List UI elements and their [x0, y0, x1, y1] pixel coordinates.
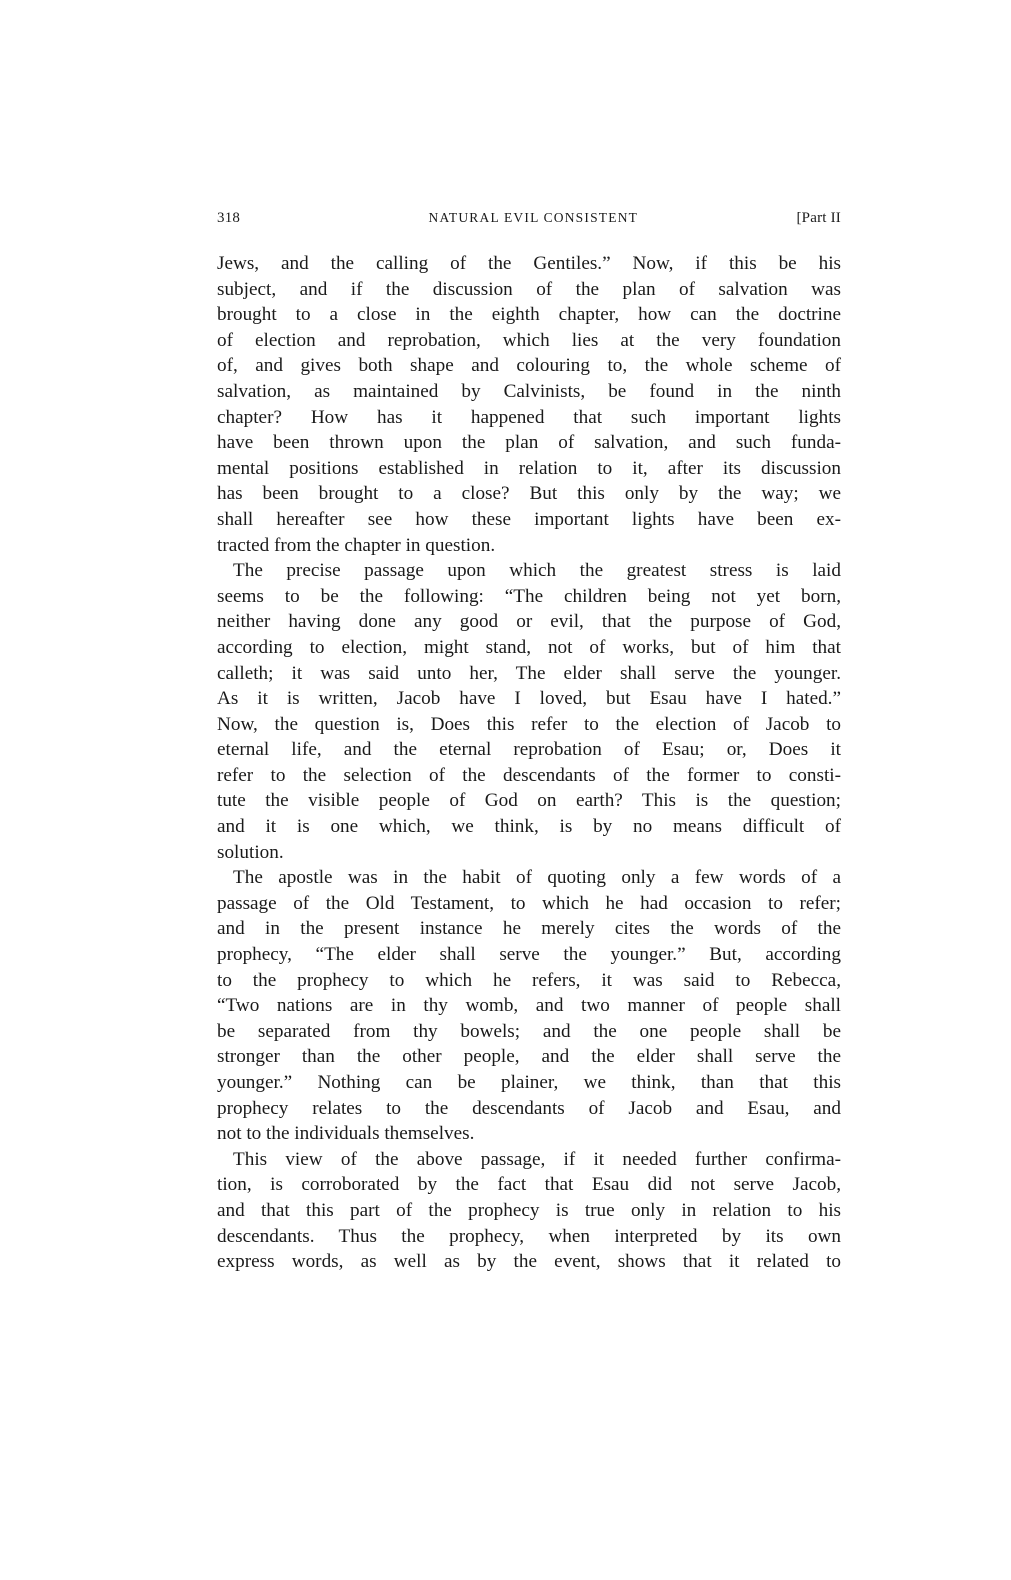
section-label: [Part II — [796, 210, 841, 227]
text-line: brought to a close in the eighth chapter… — [217, 302, 841, 328]
text-line: according to election, might stand, not … — [217, 635, 841, 661]
text-line: of, and gives both shape and colouring t… — [217, 353, 841, 379]
paragraph: This view of the above passage, if it ne… — [217, 1147, 841, 1275]
text-line: mental positions established in relation… — [217, 456, 841, 482]
text-line: prophecy relates to the descendants of J… — [217, 1096, 841, 1122]
text-line: This view of the above passage, if it ne… — [217, 1147, 841, 1173]
text-line: chapter? How has it happened that such i… — [217, 405, 841, 431]
text-line: stronger than the other people, and the … — [217, 1044, 841, 1070]
text-line: tracted from the chapter in question. — [217, 533, 841, 559]
text-line: tion, is corroborated by the fact that E… — [217, 1172, 841, 1198]
text-line: refer to the selection of the descendant… — [217, 763, 841, 789]
paragraph: The precise passage upon which the great… — [217, 558, 841, 865]
running-title: NATURAL EVIL CONSISTENT — [399, 210, 639, 226]
text-line: seems to be the following: “The children… — [217, 584, 841, 610]
text-line: neither having done any good or evil, th… — [217, 609, 841, 635]
text-line: passage of the Old Testament, to which h… — [217, 891, 841, 917]
text-line: Jews, and the calling of the Gentiles.” … — [217, 251, 841, 277]
text-line: descendants. Thus the prophecy, when int… — [217, 1224, 841, 1250]
text-line: As it is written, Jacob have I loved, bu… — [217, 686, 841, 712]
paragraph: Jews, and the calling of the Gentiles.” … — [217, 251, 841, 558]
text-line: and it is one which, we think, is by no … — [217, 814, 841, 840]
text-line: not to the individuals themselves. — [217, 1121, 841, 1147]
book-page: 318 NATURAL EVIL CONSISTENT [Part II Jew… — [217, 210, 841, 1275]
text-line: younger.” Nothing can be plainer, we thi… — [217, 1070, 841, 1096]
text-line: eternal life, and the eternal reprobatio… — [217, 737, 841, 763]
text-line: express words, as well as by the event, … — [217, 1249, 841, 1275]
text-line: subject, and if the discussion of the pl… — [217, 277, 841, 303]
text-line: prophecy, “The elder shall serve the you… — [217, 942, 841, 968]
text-line: Now, the question is, Does this refer to… — [217, 712, 841, 738]
text-line: be separated from thy bowels; and the on… — [217, 1019, 841, 1045]
text-line: The precise passage upon which the great… — [217, 558, 841, 584]
text-line: tute the visible people of God on earth?… — [217, 788, 841, 814]
text-line: of election and reprobation, which lies … — [217, 328, 841, 354]
text-line: and in the present instance he merely ci… — [217, 916, 841, 942]
page-number: 318 — [217, 210, 240, 227]
text-line: and that this part of the prophecy is tr… — [217, 1198, 841, 1224]
text-line: has been brought to a close? But this on… — [217, 481, 841, 507]
text-line: “Two nations are in thy womb, and two ma… — [217, 993, 841, 1019]
text-line: salvation, as maintained by Calvinists, … — [217, 379, 841, 405]
text-line: to the prophecy to which he refers, it w… — [217, 968, 841, 994]
page-body: Jews, and the calling of the Gentiles.” … — [217, 251, 841, 1275]
text-line: The apostle was in the habit of quoting … — [217, 865, 841, 891]
running-head: 318 NATURAL EVIL CONSISTENT [Part II — [217, 210, 841, 238]
paragraph: The apostle was in the habit of quoting … — [217, 865, 841, 1147]
text-line: have been thrown upon the plan of salvat… — [217, 430, 841, 456]
text-line: calleth; it was said unto her, The elder… — [217, 661, 841, 687]
text-line: solution. — [217, 840, 841, 866]
text-line: shall hereafter see how these important … — [217, 507, 841, 533]
